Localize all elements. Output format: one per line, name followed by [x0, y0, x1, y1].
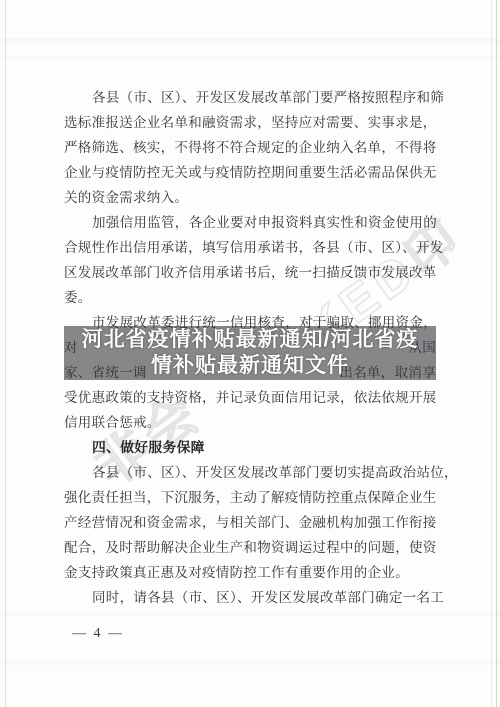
scan-edge-line-left: [5, 0, 6, 707]
section-heading: 四、做好服务保障: [64, 435, 436, 460]
scan-edge-line-right: [496, 0, 497, 707]
text-line: 严格筛选、核实，不得将不符合规定的企业纳入名单，不得将: [64, 135, 436, 160]
text-line: 金支持政策真正惠及对疫情防控工作有重要作用的企业。: [64, 560, 436, 585]
text-line: 受优惠政策的支持资格，并记录负面信用记录，依法依规开展: [64, 385, 436, 410]
text-line: 配合，及时帮助解决企业生产和物资调运过程中的问题，使资: [64, 535, 436, 560]
text-line: 委。: [64, 285, 436, 310]
text-line: 产经营情况和资金需求，与相关部门、金融机构加强工作衔接: [64, 510, 436, 535]
scan-edge-line-right-soft: [491, 0, 492, 707]
text-line: 区发展改革部门收齐信用承诺书后，统一扫描反馈市发展改革: [64, 260, 436, 285]
scanned-document-page: 非会 KED印 各县（市、区）、开发区发展改革部门要严格按照程序和筛 选标准报送…: [0, 0, 500, 707]
caption-overlay-banner: 河北省疫情补贴最新通知/河北省疫 情补贴最新通知文件: [64, 326, 436, 380]
scan-smudge: [0, 612, 500, 616]
scan-smudge: [0, 660, 500, 665]
text-line: 关的资金需求纳入。: [64, 185, 436, 210]
page-number: — 4 —: [72, 626, 124, 642]
text-line: 各县（市、区）、开发区发展改革部门要切实提高政治站位，: [64, 460, 436, 485]
text-line: 信用联合惩戒。: [64, 410, 436, 435]
text-line: 加强信用监管，各企业要对申报资料真实性和资金使用的: [64, 210, 436, 235]
scan-smudge: [0, 56, 500, 59]
scan-smudge: [0, 38, 500, 44]
caption-title-line1: 河北省疫情补贴最新通知/河北省疫: [64, 327, 436, 353]
text-line: 强化责任担当，下沉服务，主动了解疫情防控重点保障企业生: [64, 485, 436, 510]
caption-title-line2: 情补贴最新通知文件: [64, 353, 436, 379]
text-line: 同时，请各县（市、区）、开发区发展改革部门确定一名工: [64, 585, 436, 610]
text-line: 企业与疫情防控无关或与疫情防控期间重要生活必需品保供无: [64, 160, 436, 185]
text-line: 合规性作出信用承诺，填写信用承诺书，各县（市、区）、开发: [64, 235, 436, 260]
text-line: 选标准报送企业名单和融资需求，坚持应对需要、实事求是，: [64, 110, 436, 135]
text-line: 各县（市、区）、开发区发展改革部门要严格按照程序和筛: [64, 85, 436, 110]
